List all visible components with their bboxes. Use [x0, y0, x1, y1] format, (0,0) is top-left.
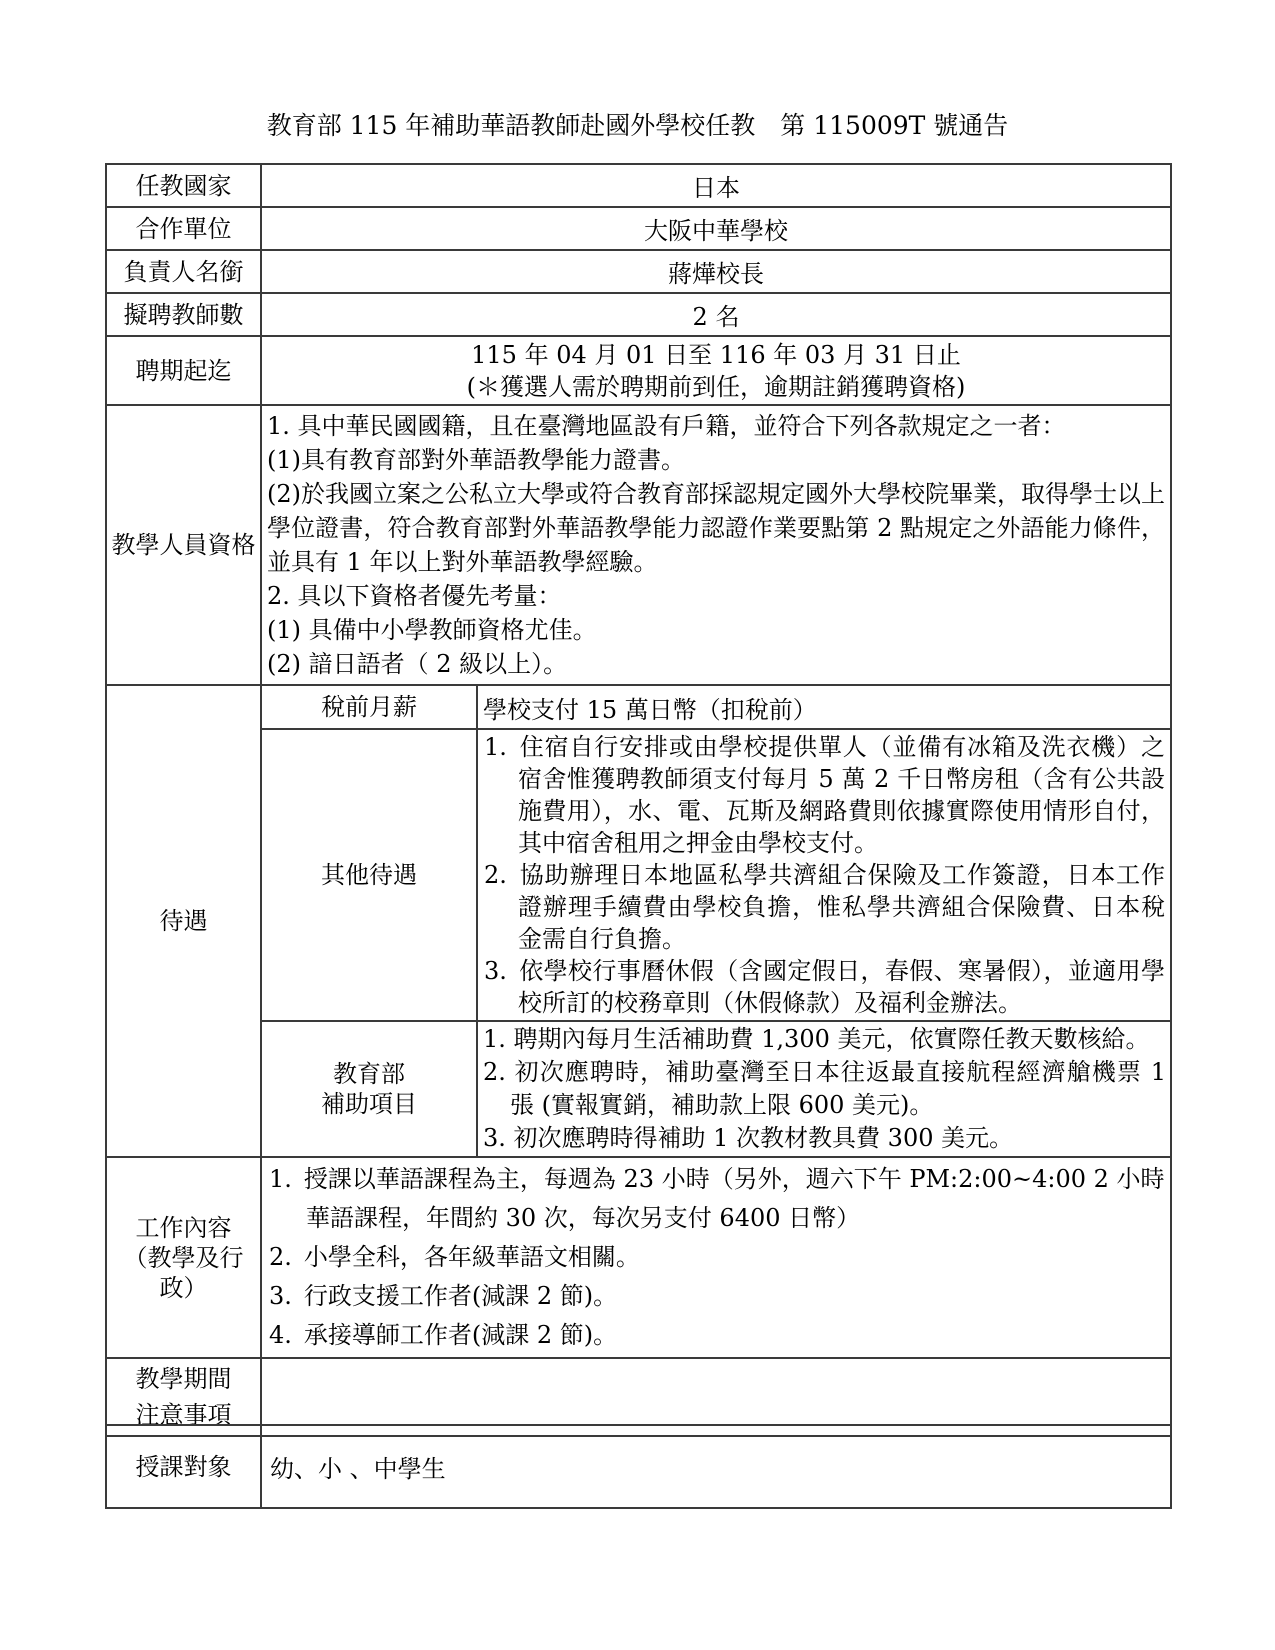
duties-content: 1. 授課以華語課程為主，每週為 23 小時（另外，週六下午 PM:2:00~4…: [261, 1157, 1171, 1358]
page-title: 教育部 115 年補助華語教師赴國外學校任教 第 115009T 號通告: [105, 106, 1170, 142]
other-benefits-label: 其他待遇: [261, 729, 477, 1021]
period-value: 115 年 04 月 01 日至 116 年 03 月 31 日止 (＊獲選人需…: [261, 336, 1171, 405]
partner-label: 合作單位: [106, 207, 261, 250]
list-item: (1)具有教育部對外華語教學能力證書。: [267, 443, 1165, 477]
principal-value: 蔣燁校長: [261, 250, 1171, 293]
compensation-label: 待遇: [106, 685, 261, 1157]
list-item: 1. 住宿自行安排或由學校提供單人（並備有冰箱及洗衣機）之宿舍惟獲聘教師須支付每…: [484, 731, 1165, 859]
row-moe-subsidy: 教育部 補助項目 1. 聘期內每月生活補助費 1,300 美元，依實際任教天數核…: [106, 1021, 1171, 1157]
row-period: 聘期起迄 115 年 04 月 01 日至 116 年 03 月 31 日止 (…: [106, 336, 1171, 405]
partner-value: 大阪中華學校: [261, 207, 1171, 250]
moe-subsidy-content: 1. 聘期內每月生活補助費 1,300 美元，依實際任教天數核給。 2. 初次應…: [477, 1021, 1171, 1157]
list-item: 1. 授課以華語課程為主，每週為 23 小時（另外，週六下午 PM:2:00~4…: [269, 1160, 1165, 1238]
country-label: 任教國家: [106, 164, 261, 207]
list-item: (2)於我國立案之公私立大學或符合教育部採認規定國外大學校院畢業，取得學士以上學…: [267, 477, 1165, 579]
list-item: 2. 小學全科，各年級華語文相關。: [269, 1238, 1165, 1277]
list-item: 2. 具以下資格者優先考量：: [267, 579, 1165, 613]
students-value: 幼、小 、中學生: [261, 1425, 1171, 1508]
qualifications-label: 教學人員資格: [106, 405, 261, 685]
row-principal: 負責人名銜 蔣燁校長: [106, 250, 1171, 293]
salary-label: 稅前月薪: [261, 685, 477, 729]
list-item: (2) 諳日語者（ 2 級以上）。: [267, 647, 1165, 681]
row-duties: 工作內容 （教學及行 政） 1. 授課以華語課程為主，每週為 23 小時（另外，…: [106, 1157, 1171, 1358]
qualifications-content: 1. 具中華民國國籍，且在臺灣地區設有戶籍，並符合下列各款規定之一者： (1)具…: [261, 405, 1171, 685]
row-students: 授課對象 幼、小 、中學生: [106, 1425, 1171, 1508]
list-item: 2. 初次應聘時，補助臺灣至日本往返最直接航程經濟艙機票 1 張 (實報實銷，補…: [483, 1056, 1166, 1122]
row-country: 任教國家 日本: [106, 164, 1171, 207]
students-table: 授課對象 幼、小 、中學生: [105, 1424, 1172, 1509]
principal-label: 負責人名銜: [106, 250, 261, 293]
other-benefits-content: 1. 住宿自行安排或由學校提供單人（並備有冰箱及洗衣機）之宿舍惟獲聘教師須支付每…: [477, 729, 1171, 1021]
list-item: 3. 依學校行事曆休假（含國定假日，春假、寒暑假），並適用學校所訂的校務章則（休…: [484, 955, 1165, 1019]
salary-value: 學校支付 15 萬日幣（扣稅前）: [477, 685, 1171, 729]
country-value: 日本: [261, 164, 1171, 207]
list-item: 1. 具中華民國國籍，且在臺灣地區設有戶籍，並符合下列各款規定之一者：: [267, 409, 1165, 443]
list-item: 1. 聘期內每月生活補助費 1,300 美元，依實際任教天數核給。: [483, 1023, 1166, 1056]
row-salary: 待遇 稅前月薪 學校支付 15 萬日幣（扣稅前）: [106, 685, 1171, 729]
list-item: 4. 承接導師工作者(減課 2 節)。: [269, 1316, 1165, 1355]
list-item: 2. 協助辦理日本地區私學共濟組合保險及工作簽證，日本工作證辦理手續費由學校負擔…: [484, 859, 1165, 955]
notice-table: 任教國家 日本 合作單位 大阪中華學校 負責人名銜 蔣燁校長 擬聘教師數 2 名…: [105, 163, 1172, 1437]
list-item: (1) 具備中小學教師資格尤佳。: [267, 613, 1165, 647]
list-item: 3. 初次應聘時得補助 1 次教材教具費 300 美元。: [483, 1122, 1166, 1155]
row-partner: 合作單位 大阪中華學校: [106, 207, 1171, 250]
list-item: 3. 行政支援工作者(減課 2 節)。: [269, 1277, 1165, 1316]
duties-label: 工作內容 （教學及行 政）: [106, 1157, 261, 1358]
row-teacher-count: 擬聘教師數 2 名: [106, 293, 1171, 336]
teacher-count-label: 擬聘教師數: [106, 293, 261, 336]
teacher-count-value: 2 名: [261, 293, 1171, 336]
row-other-benefits: 其他待遇 1. 住宿自行安排或由學校提供單人（並備有冰箱及洗衣機）之宿舍惟獲聘教…: [106, 729, 1171, 1021]
row-qualifications: 教學人員資格 1. 具中華民國國籍，且在臺灣地區設有戶籍，並符合下列各款規定之一…: [106, 405, 1171, 685]
moe-subsidy-label: 教育部 補助項目: [261, 1021, 477, 1157]
students-label: 授課對象: [106, 1425, 261, 1508]
period-label: 聘期起迄: [106, 336, 261, 405]
